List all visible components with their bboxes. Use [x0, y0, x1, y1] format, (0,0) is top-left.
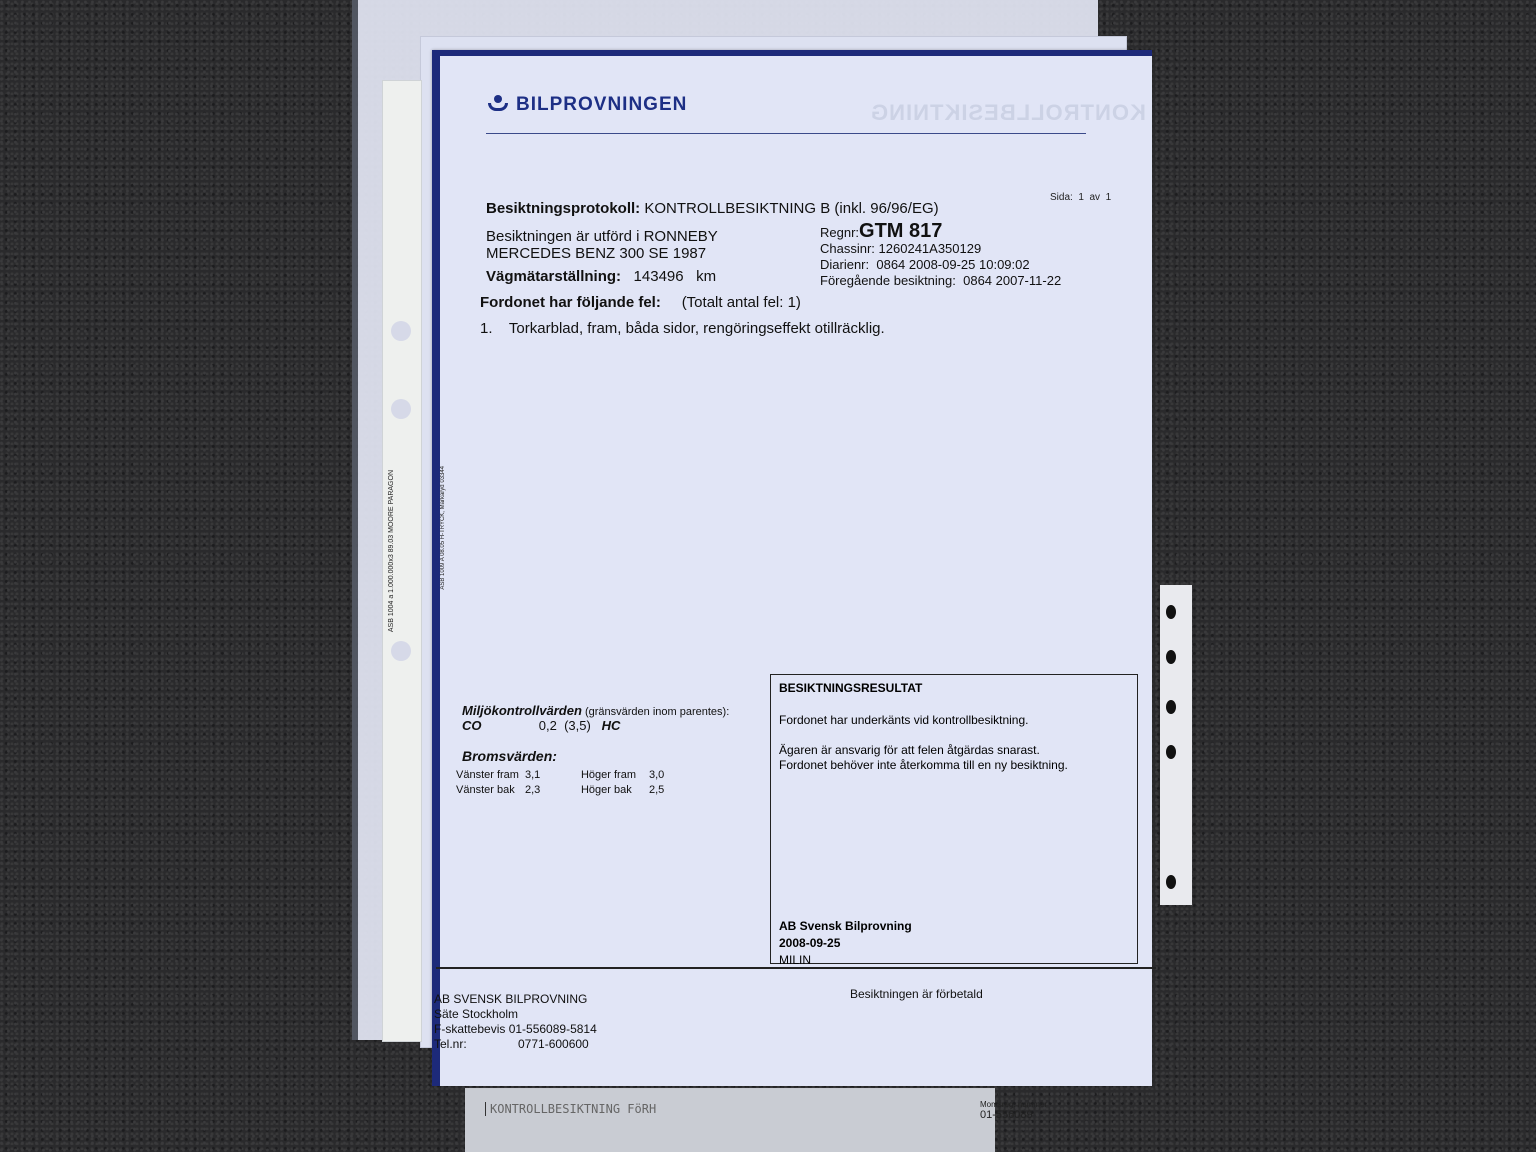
footer-company-info: AB SVENSK BILPROVNING Säte Stockholm F-s…	[434, 992, 597, 1052]
registration-info: Regnr:GTM 817 Chassinr: 1260241A350129 D…	[820, 223, 1061, 289]
perforated-strip	[1160, 585, 1192, 905]
brand-logo: BILPROVNINGEN	[488, 94, 687, 116]
result-verdict: Fordonet har underkänts vid kontrollbesi…	[779, 713, 1028, 727]
faults-total: (Totalt antal fel: 1)	[682, 294, 801, 311]
diary-number: 0864 2008-09-25 10:09:02	[876, 257, 1029, 272]
table-row: Vänster bak2,3 Höger bak2,5	[456, 783, 670, 798]
protocol-title: Besiktningsprotokoll: KONTROLLBESIKTNING…	[486, 200, 939, 217]
inspection-location: Besiktningen är utförd i RONNEBY MERCEDE…	[486, 228, 718, 262]
page-indicator: Sida: 1 av 1	[1050, 192, 1111, 203]
inspection-result-box: BESIKTNINGSRESULTAT Fordonet har underkä…	[770, 674, 1138, 964]
registration-number: GTM 817	[859, 220, 942, 242]
footer-rule	[436, 967, 1156, 969]
fault-item: 1. Torkarblad, fram, båda sidor, rengöri…	[480, 320, 885, 337]
print-code: ASB 1009 A 08.05 H-TRYCK, Markaryd 03344	[440, 466, 446, 590]
odometer: Vägmätarställning: 143496 km	[486, 268, 716, 285]
result-heading: BESIKTNINGSRESULTAT	[779, 681, 922, 695]
result-instructions: Ägaren är ansvarig för att felen åtgärda…	[779, 743, 1068, 773]
previous-inspection: 0864 2007-11-22	[963, 273, 1061, 288]
show-through-text: KONTROLLBESIKTNING	[870, 100, 1146, 126]
moms-number: Momsreg. nummer 01-556089	[980, 1100, 1047, 1121]
brakes-heading: Bromsvärden:	[462, 748, 557, 764]
strip-print-code: ASB 1004 a 1.000.000x3 89.03 MOORE PARAG…	[388, 470, 395, 632]
chassis-number: 1260241A350129	[879, 241, 982, 256]
environment-values: Miljökontrollvärden (gränsvärden inom pa…	[462, 704, 729, 733]
result-signature: AB Svensk Bilprovning 2008-09-25 MILIN	[779, 918, 912, 969]
faults-heading: Fordonet har följande fel: (Totalt antal…	[480, 294, 801, 311]
receipt-strip: KONTROLLBESIKTNING FöRH	[465, 1088, 995, 1152]
bilprovningen-logo-icon	[488, 98, 508, 112]
inspection-protocol-page: KONTROLLBESIKTNING BILPROVNINGEN Sida: 1…	[432, 50, 1152, 1086]
vehicle-model: MERCEDES BENZ 300 SE 1987	[486, 245, 718, 262]
punch-hole	[391, 641, 411, 661]
punch-hole	[391, 321, 411, 341]
punch-hole	[391, 399, 411, 419]
table-row: Vänster fram3,1 Höger fram3,0	[456, 768, 670, 783]
brake-values-table: Vänster fram3,1 Höger fram3,0 Vänster ba…	[456, 768, 670, 798]
prepaid-note: Besiktningen är förbetald	[850, 987, 983, 1001]
receipt-text: KONTROLLBESIKTNING FöRH	[485, 1102, 656, 1116]
header-rule	[486, 133, 1086, 134]
